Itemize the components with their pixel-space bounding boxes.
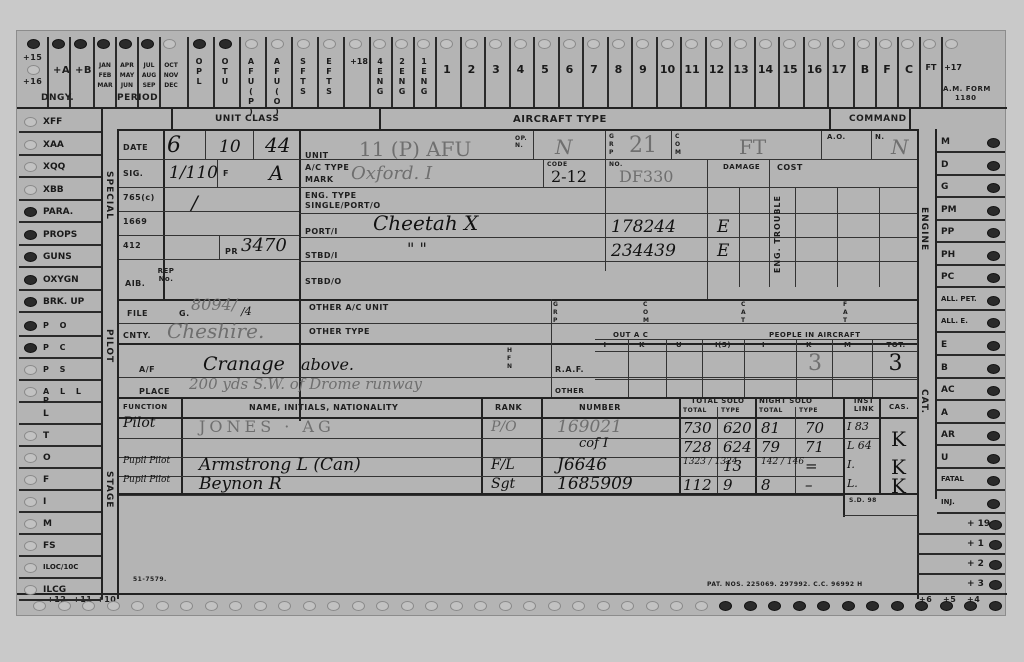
punch-hole bbox=[24, 297, 37, 307]
header-band: UNIT CLASS AIRCRAFT TYPE COMMAND bbox=[103, 109, 1007, 129]
punch-hole bbox=[923, 39, 936, 49]
rank-header: RANK bbox=[495, 403, 522, 412]
punch-hole bbox=[52, 39, 65, 49]
punch-hole bbox=[734, 39, 747, 49]
eng-trouble-label: ENG. TROUBLE bbox=[773, 195, 782, 273]
punch-hole bbox=[808, 39, 821, 49]
stage-label-text: FS bbox=[43, 541, 56, 551]
crew-inst-link: I. bbox=[847, 458, 855, 471]
punch-hole bbox=[323, 39, 336, 49]
hfn-label: H F N bbox=[507, 347, 513, 371]
crew-ns-type: 71 bbox=[805, 438, 824, 456]
pr-value: 3470 bbox=[241, 235, 287, 256]
tab-divider bbox=[391, 37, 393, 107]
punch-hole bbox=[636, 39, 649, 49]
am-form-1180-card: +15 +16 +A +B DNGY. JAN FEB MAR APR MAY … bbox=[16, 30, 1006, 616]
sd-label: S.D. 98 bbox=[849, 497, 877, 504]
punch-hole bbox=[587, 39, 600, 49]
people-col-header: K bbox=[806, 341, 812, 349]
out-ac-label: OUT A C bbox=[613, 331, 648, 339]
n-value: N bbox=[891, 135, 909, 159]
punch-hole bbox=[940, 601, 953, 611]
other-type-label: OTHER TYPE bbox=[309, 327, 370, 336]
f1669-label: 1669 bbox=[123, 217, 147, 226]
engine-label-text: PC bbox=[941, 272, 954, 282]
punch-hole bbox=[119, 39, 132, 49]
crew-ts-type: 620 bbox=[723, 419, 752, 437]
engine-label-text: ALL. PET. bbox=[941, 295, 977, 303]
tab-divider bbox=[265, 37, 267, 107]
punch-hole bbox=[24, 497, 37, 507]
stbd-i-code: E bbox=[717, 241, 729, 261]
crew-ns-type: = bbox=[805, 457, 818, 475]
punch-hole bbox=[24, 365, 37, 375]
aircraft-number-1: 1 bbox=[435, 63, 459, 76]
punch-hole bbox=[417, 39, 430, 49]
unit-class-18: +18 bbox=[349, 57, 369, 67]
special-row-oxygn: OXYGN bbox=[19, 269, 101, 291]
punch-hole bbox=[271, 39, 284, 49]
punch-hole bbox=[24, 117, 37, 127]
unit-value: 11 (P) AFU bbox=[359, 137, 471, 161]
form-title: A.M. FORM bbox=[943, 85, 991, 93]
special-row-xff: XFF bbox=[19, 111, 101, 133]
f765-label: 765(c) bbox=[123, 193, 155, 202]
punch-hole bbox=[514, 39, 527, 49]
stage-label-text: M bbox=[43, 519, 52, 529]
cat-row-a: A bbox=[937, 402, 1005, 424]
engine-row-pp: PP bbox=[937, 221, 1005, 243]
file-value: 8094/ bbox=[191, 295, 237, 314]
punch-hole bbox=[465, 39, 478, 49]
punch-hole bbox=[219, 39, 232, 49]
crew-ts-total: 730 bbox=[683, 419, 712, 437]
pr-label: PR bbox=[225, 247, 238, 256]
plus-label-text: + 1 bbox=[967, 539, 984, 549]
punch-hole bbox=[24, 475, 37, 485]
punch-hole bbox=[27, 39, 40, 49]
pilot-label-text: P O bbox=[43, 321, 70, 330]
date-year: 44 bbox=[265, 133, 290, 157]
punch-hole bbox=[563, 39, 576, 49]
plus-label-text: + 3 bbox=[967, 579, 984, 589]
pilot-label-text: P S bbox=[43, 365, 69, 374]
punch-hole bbox=[987, 138, 1000, 148]
table-row: PilotJONES · AGP/O1690217306208170I 83K bbox=[119, 419, 917, 438]
punch-hole bbox=[376, 601, 389, 611]
cat-label-text: A bbox=[941, 408, 948, 418]
punch-hole bbox=[131, 601, 144, 611]
ac-type-value: Oxford. I bbox=[351, 163, 432, 184]
cat-row-e: E bbox=[937, 334, 1005, 356]
raf-label: R.A.F. bbox=[555, 365, 584, 374]
punch-hole bbox=[783, 39, 796, 49]
aircraft-number-11: 11 bbox=[680, 63, 704, 76]
cat-row-ar: AR bbox=[937, 424, 1005, 446]
stage-label-text: F bbox=[43, 475, 49, 485]
crew-ts-type: 9 bbox=[723, 476, 733, 494]
ns-type-header: TYPE bbox=[799, 407, 818, 414]
stbd-i-label: STBD/I bbox=[305, 251, 338, 260]
cat-row-ac: AC bbox=[937, 379, 1005, 401]
function-header: FUNCTION bbox=[123, 403, 168, 411]
period-q2: APR MAY JUN bbox=[117, 61, 137, 91]
punch-hole bbox=[440, 39, 453, 49]
special-row-guns: GUNS bbox=[19, 246, 101, 268]
punch-hole bbox=[987, 454, 1000, 464]
punch-hole bbox=[193, 39, 206, 49]
special-row-props: PROPS bbox=[19, 224, 101, 246]
crew-inst-link: I 83 bbox=[847, 420, 869, 433]
pilot-row: P C bbox=[19, 337, 101, 359]
stage-label-text: O bbox=[43, 453, 51, 463]
punch-hole bbox=[857, 39, 870, 49]
ns-total-header: TOTAL bbox=[759, 407, 783, 414]
aircraft-number-2: 2 bbox=[460, 63, 484, 76]
other-ac-unit-label: OTHER A/C UNIT bbox=[309, 303, 389, 312]
cat-label-text: AR bbox=[941, 430, 955, 440]
punch-hole bbox=[915, 601, 928, 611]
punch-hole bbox=[612, 39, 625, 49]
dngy-label: DNGY. bbox=[41, 93, 74, 103]
punch-hole bbox=[685, 39, 698, 49]
punch-hole bbox=[24, 453, 37, 463]
engine-row-g: G bbox=[937, 176, 1005, 198]
crew-ts-total: 112 bbox=[683, 476, 712, 494]
punch-hole bbox=[163, 39, 176, 49]
record-section: DATE 6 10 44 SIG. 1/110 F A 765(c) / 166… bbox=[119, 131, 917, 421]
mark-label: MARK bbox=[305, 175, 334, 184]
stbd-o-label: STBD/O bbox=[305, 277, 342, 286]
punch-hole bbox=[24, 252, 37, 262]
command-c: C bbox=[897, 63, 921, 76]
grp-label: G R P bbox=[609, 133, 615, 157]
place-label: PLACE bbox=[139, 387, 170, 396]
col-divider bbox=[872, 339, 873, 397]
special-label-text: XFF bbox=[43, 117, 62, 127]
eng-single-label: SINGLE/PORT/O bbox=[305, 201, 381, 210]
dngy-b: +B bbox=[75, 65, 92, 76]
other-grp-label: G R P bbox=[553, 301, 559, 325]
col-divider bbox=[628, 339, 629, 397]
place-value: 200 yds S.W. of Drome runway bbox=[189, 375, 422, 393]
stbd-i-value: " " bbox=[407, 239, 427, 258]
punch-hole bbox=[24, 275, 37, 285]
aircraft-number-5: 5 bbox=[533, 63, 557, 76]
period-q1: JAN FEB MAR bbox=[95, 61, 115, 91]
punch-hole bbox=[24, 185, 37, 195]
night-solo-header: NIGHT SOLO bbox=[759, 397, 812, 405]
file-label: FILE bbox=[127, 309, 148, 318]
dngy-plus15: +15 bbox=[23, 53, 42, 62]
eng-type-label: ENG. TYPE bbox=[305, 191, 357, 200]
punch-hole bbox=[987, 476, 1000, 486]
punch-hole bbox=[989, 560, 1002, 570]
tab-divider bbox=[369, 37, 371, 107]
punch-hole bbox=[832, 39, 845, 49]
punch-hole bbox=[474, 601, 487, 611]
stage-row-fs: FS bbox=[19, 535, 101, 557]
punch-hole bbox=[229, 601, 242, 611]
row-divider bbox=[595, 351, 917, 352]
crew-function: Pupil Pilot bbox=[123, 457, 181, 466]
punch-hole bbox=[670, 601, 683, 611]
grp-value: 21 bbox=[629, 133, 657, 158]
punch-hole bbox=[538, 39, 551, 49]
table-row: Pupil PilotBeynon RSgt168590911298–L.K bbox=[119, 476, 917, 495]
punch-hole bbox=[523, 601, 536, 611]
f-label: F bbox=[223, 169, 229, 178]
punch-hole bbox=[107, 601, 120, 611]
af-note: above. bbox=[301, 355, 354, 374]
cat-label-text: U bbox=[941, 453, 948, 463]
aircraft-number-12: 12 bbox=[705, 63, 729, 76]
crew-cas: K bbox=[891, 474, 906, 498]
cnty-label: CNTY. bbox=[123, 331, 151, 340]
unit-class-sfts: SFTS bbox=[297, 57, 309, 97]
com-label: C O M bbox=[675, 133, 681, 157]
punch-hole bbox=[842, 601, 855, 611]
stage-label-text: ILCG bbox=[43, 585, 66, 595]
form-number: 1180 bbox=[955, 94, 976, 102]
sig-value: 1/110 bbox=[169, 163, 218, 183]
punch-hole bbox=[24, 140, 37, 150]
people-col-header: M bbox=[844, 341, 851, 349]
punch-hole bbox=[24, 162, 37, 172]
stage-label: STAGE bbox=[104, 471, 114, 508]
dngy-a: +A bbox=[53, 65, 70, 76]
people-col-header: I(S) bbox=[715, 341, 731, 349]
engine-2eng: 2ENG bbox=[396, 57, 408, 97]
cas-header: CAS. bbox=[889, 403, 909, 411]
engine-label-text: PP bbox=[941, 227, 954, 237]
file-suffix: /4 bbox=[241, 305, 252, 318]
punch-hole bbox=[24, 541, 37, 551]
crew-ns-total: 79 bbox=[761, 438, 780, 456]
punch-hole bbox=[278, 601, 291, 611]
punch-hole bbox=[489, 39, 502, 49]
punch-hole bbox=[303, 601, 316, 611]
tab-divider bbox=[317, 37, 319, 107]
people-col-header: K bbox=[639, 341, 645, 349]
number-header: NUMBER bbox=[579, 403, 621, 412]
punch-hole bbox=[710, 39, 723, 49]
crew-table: FUNCTION NAME, INITIALS, NATIONALITY RAN… bbox=[119, 397, 917, 537]
col-divider bbox=[917, 339, 918, 397]
aircraft-number-3: 3 bbox=[484, 63, 508, 76]
cat-label-text: E bbox=[941, 340, 947, 350]
engine-row-d: D bbox=[937, 154, 1005, 176]
punch-hole bbox=[989, 601, 1002, 611]
punch-hole bbox=[646, 601, 659, 611]
com-value: FT bbox=[739, 135, 766, 159]
crew-ts-type: 13 bbox=[723, 457, 742, 475]
stbd-i-number: 234439 bbox=[611, 241, 676, 261]
engine-label-text: M bbox=[941, 137, 950, 147]
cat-label-text: B bbox=[941, 363, 948, 373]
punch-hole bbox=[373, 39, 386, 49]
cat-label-text: AC bbox=[941, 385, 955, 395]
people-col-value: 3 bbox=[889, 351, 903, 376]
special-label-text: XBB bbox=[43, 185, 64, 195]
punch-hole bbox=[24, 230, 37, 240]
crew-ns-total: 81 bbox=[761, 419, 780, 437]
cnty-value: Cheshire. bbox=[167, 319, 264, 343]
col-divider bbox=[702, 339, 703, 397]
crew-ts-type: 624 bbox=[723, 438, 752, 456]
engine-row-ph: PH bbox=[937, 244, 1005, 266]
punch-hole bbox=[395, 39, 408, 49]
punch-hole bbox=[987, 228, 1000, 238]
period-q3: JUL AUG SEP bbox=[139, 61, 159, 91]
date-label: DATE bbox=[123, 143, 148, 152]
punch-hole bbox=[901, 39, 914, 49]
period-q4: OCT NOV DEC bbox=[161, 61, 181, 91]
special-label-text: OXYGN bbox=[43, 275, 79, 285]
plus-row: + 1 bbox=[917, 535, 1005, 555]
engine-label: ENGINE bbox=[919, 207, 929, 251]
punch-hole bbox=[24, 321, 37, 331]
af-value: Cranage bbox=[203, 353, 285, 375]
punch-hole bbox=[987, 206, 1000, 216]
stage-label-text: L bbox=[43, 409, 49, 419]
punch-hole bbox=[987, 183, 1000, 193]
punch-hole bbox=[24, 387, 37, 397]
crew-number: J6646 bbox=[557, 455, 607, 475]
punch-hole bbox=[987, 273, 1000, 283]
date-month: 10 bbox=[219, 137, 241, 157]
row-divider bbox=[595, 379, 917, 380]
punch-hole bbox=[621, 601, 634, 611]
punch-hole bbox=[987, 409, 1000, 419]
punch-hole bbox=[27, 65, 40, 75]
punch-hole bbox=[987, 318, 1000, 328]
crew-function: Pupil Pilot bbox=[123, 476, 181, 485]
special-label-text: XAA bbox=[43, 140, 64, 150]
people-col-header: I bbox=[762, 341, 765, 349]
command-b: B bbox=[853, 63, 877, 76]
special-row-xqq: XQQ bbox=[19, 156, 101, 178]
punch-hole bbox=[891, 601, 904, 611]
tab-divider bbox=[239, 37, 241, 107]
tab-divider bbox=[919, 37, 921, 107]
punch-hole bbox=[964, 601, 977, 611]
aircraft-number-13: 13 bbox=[729, 63, 753, 76]
plus-row: + 19 bbox=[917, 515, 1005, 535]
special-row-xbb: XBB bbox=[19, 179, 101, 201]
damage-label: DAMAGE bbox=[723, 163, 760, 171]
crew-number: 1685909 bbox=[557, 474, 633, 494]
punch-hole bbox=[817, 601, 830, 611]
crew-rank: P/O bbox=[491, 419, 517, 435]
punch-hole bbox=[719, 601, 732, 611]
col-divider bbox=[744, 339, 745, 397]
engine-row-pc: PC bbox=[937, 266, 1005, 288]
stage-label-text: T bbox=[43, 431, 49, 441]
plus-label-text: + 2 bbox=[967, 559, 984, 569]
cat-col-label: C A T bbox=[741, 301, 747, 325]
engine-label-text: ALL. E. bbox=[941, 317, 968, 325]
punch-hole bbox=[82, 601, 95, 611]
rep-no-label: REP No. bbox=[151, 267, 181, 283]
punch-hole bbox=[499, 601, 512, 611]
punch-hole bbox=[945, 39, 958, 49]
crew-ns-total: 8 bbox=[761, 476, 771, 494]
punch-hole bbox=[548, 601, 561, 611]
punch-hole bbox=[425, 601, 438, 611]
crew-inst-link: L. bbox=[847, 477, 858, 490]
people-col-header: I bbox=[604, 341, 607, 349]
inst-link-header: INST LINK bbox=[849, 397, 879, 413]
punch-hole bbox=[74, 39, 87, 49]
punch-hole bbox=[793, 601, 806, 611]
command-f: F bbox=[875, 63, 899, 76]
top-strip: +15 +16 +A +B DNGY. JAN FEB MAR APR MAY … bbox=[17, 31, 1007, 103]
file-g-label: G. bbox=[179, 309, 190, 318]
pilot-row: P S bbox=[19, 359, 101, 381]
punch-hole bbox=[987, 499, 1000, 509]
af-label: A/F bbox=[139, 365, 155, 374]
tab-divider bbox=[291, 37, 293, 107]
punch-hole bbox=[24, 585, 37, 595]
plus-row: + 3 bbox=[917, 575, 1005, 595]
punch-hole bbox=[987, 161, 1000, 171]
aircraft-number-15: 15 bbox=[778, 63, 802, 76]
special-label-text: PROPS bbox=[43, 230, 77, 240]
punch-hole bbox=[597, 601, 610, 611]
crew-rank: Sgt bbox=[491, 476, 515, 492]
col-divider bbox=[666, 339, 667, 397]
dngy-plus16: +16 bbox=[23, 77, 42, 86]
punch-hole bbox=[661, 39, 674, 49]
col-divider bbox=[796, 339, 797, 397]
n-label: N. bbox=[875, 133, 885, 141]
aircraft-type-label: AIRCRAFT TYPE bbox=[513, 114, 607, 125]
f-value: A bbox=[269, 161, 283, 185]
tab-divider bbox=[343, 37, 345, 107]
engine-label-text: PM bbox=[941, 205, 957, 215]
people-label: PEOPLE IN AIRCRAFT bbox=[769, 331, 861, 339]
unit-class-efts: EFTS bbox=[323, 57, 335, 97]
punch-hole bbox=[987, 386, 1000, 396]
print-code: 51-7579. bbox=[133, 576, 167, 583]
punch-hole bbox=[879, 39, 892, 49]
crew-ns-type: – bbox=[805, 476, 813, 494]
people-col-value: 3 bbox=[808, 351, 822, 376]
engine-row-m: M bbox=[937, 131, 1005, 153]
punch-hole bbox=[24, 431, 37, 441]
code-value: 2-12 bbox=[551, 167, 587, 186]
pilot-label-text: P C bbox=[43, 343, 70, 352]
engine-row-pm: PM bbox=[937, 199, 1005, 221]
crew-number: cof I bbox=[579, 436, 608, 451]
punch-hole bbox=[24, 343, 37, 353]
aircraft-number-17: 17 bbox=[827, 63, 851, 76]
pilot-row: P O bbox=[19, 315, 101, 337]
period-label: PERIOD bbox=[117, 93, 158, 103]
ts-total-header: TOTAL bbox=[683, 407, 707, 414]
punch-hole bbox=[744, 601, 757, 611]
special-row-brkup: BRK. UP bbox=[19, 291, 101, 313]
punch-hole bbox=[156, 601, 169, 611]
punch-hole bbox=[987, 341, 1000, 351]
stage-label-text: ILOC/10C bbox=[43, 563, 78, 571]
punch-hole bbox=[33, 601, 46, 611]
punch-hole bbox=[989, 540, 1002, 550]
unit-class-opl: OPL bbox=[193, 57, 205, 87]
crew-rank: F/L bbox=[491, 457, 515, 473]
people-col-header: U bbox=[676, 341, 682, 349]
